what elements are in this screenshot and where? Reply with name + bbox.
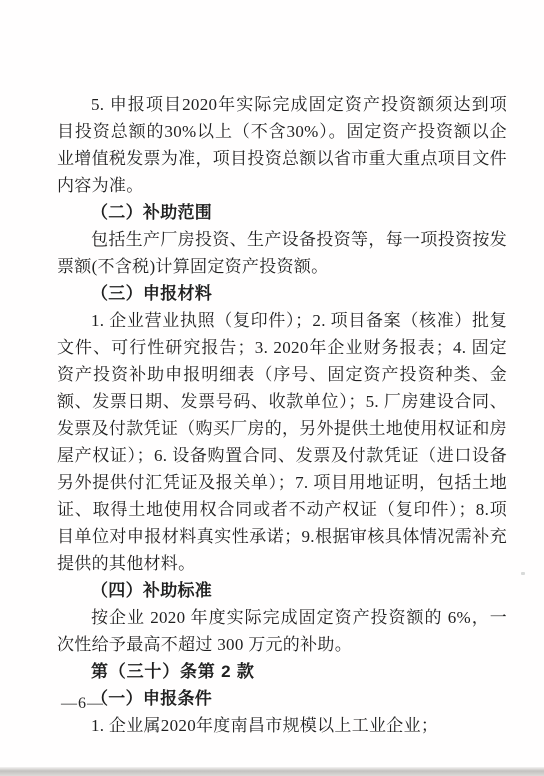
paragraph-investment-requirement: 5. 申报项目2020年实际完成固定资产投资额须达到项目投资总额的30%以上（不… [57,91,507,199]
scanned-document-page: 5. 申报项目2020年实际完成固定资产投资额须达到项目投资总额的30%以上（不… [0,0,544,776]
page-bottom-edge-shadow [0,767,544,776]
section-heading-subsidy-standard: （四）补助标准 [57,577,507,604]
paragraph-subsidy-scope: 包括生产厂房投资、生产设备投资等，每一项投资按发票额(不含税)计算固定资产投资额… [57,226,507,280]
scan-artifact-speck [521,572,525,575]
paragraph-subsidy-standard: 按企业 2020 年度实际完成固定资产投资额的 6%，一次性给予最高不超过 30… [57,604,507,658]
page-number: —6— [61,695,104,713]
document-body: 5. 申报项目2020年实际完成固定资产投资额须达到项目投资总额的30%以上（不… [57,91,507,739]
paragraph-application-materials: 1. 企业营业执照（复印件）；2. 项目备案（核准）批复文件、可行性研究报告；3… [57,307,507,577]
section-heading-application-materials: （三）申报材料 [57,280,507,307]
paragraph-application-conditions: 1. 企业属2020年度南昌市规模以上工业企业； [57,712,507,739]
section-heading-application-conditions: （一）申报条件 [57,685,507,712]
section-heading-subsidy-scope: （二）补助范围 [57,199,507,226]
article-heading-clause-30-item-2: 第（三十）条第 2 款 [57,658,507,685]
